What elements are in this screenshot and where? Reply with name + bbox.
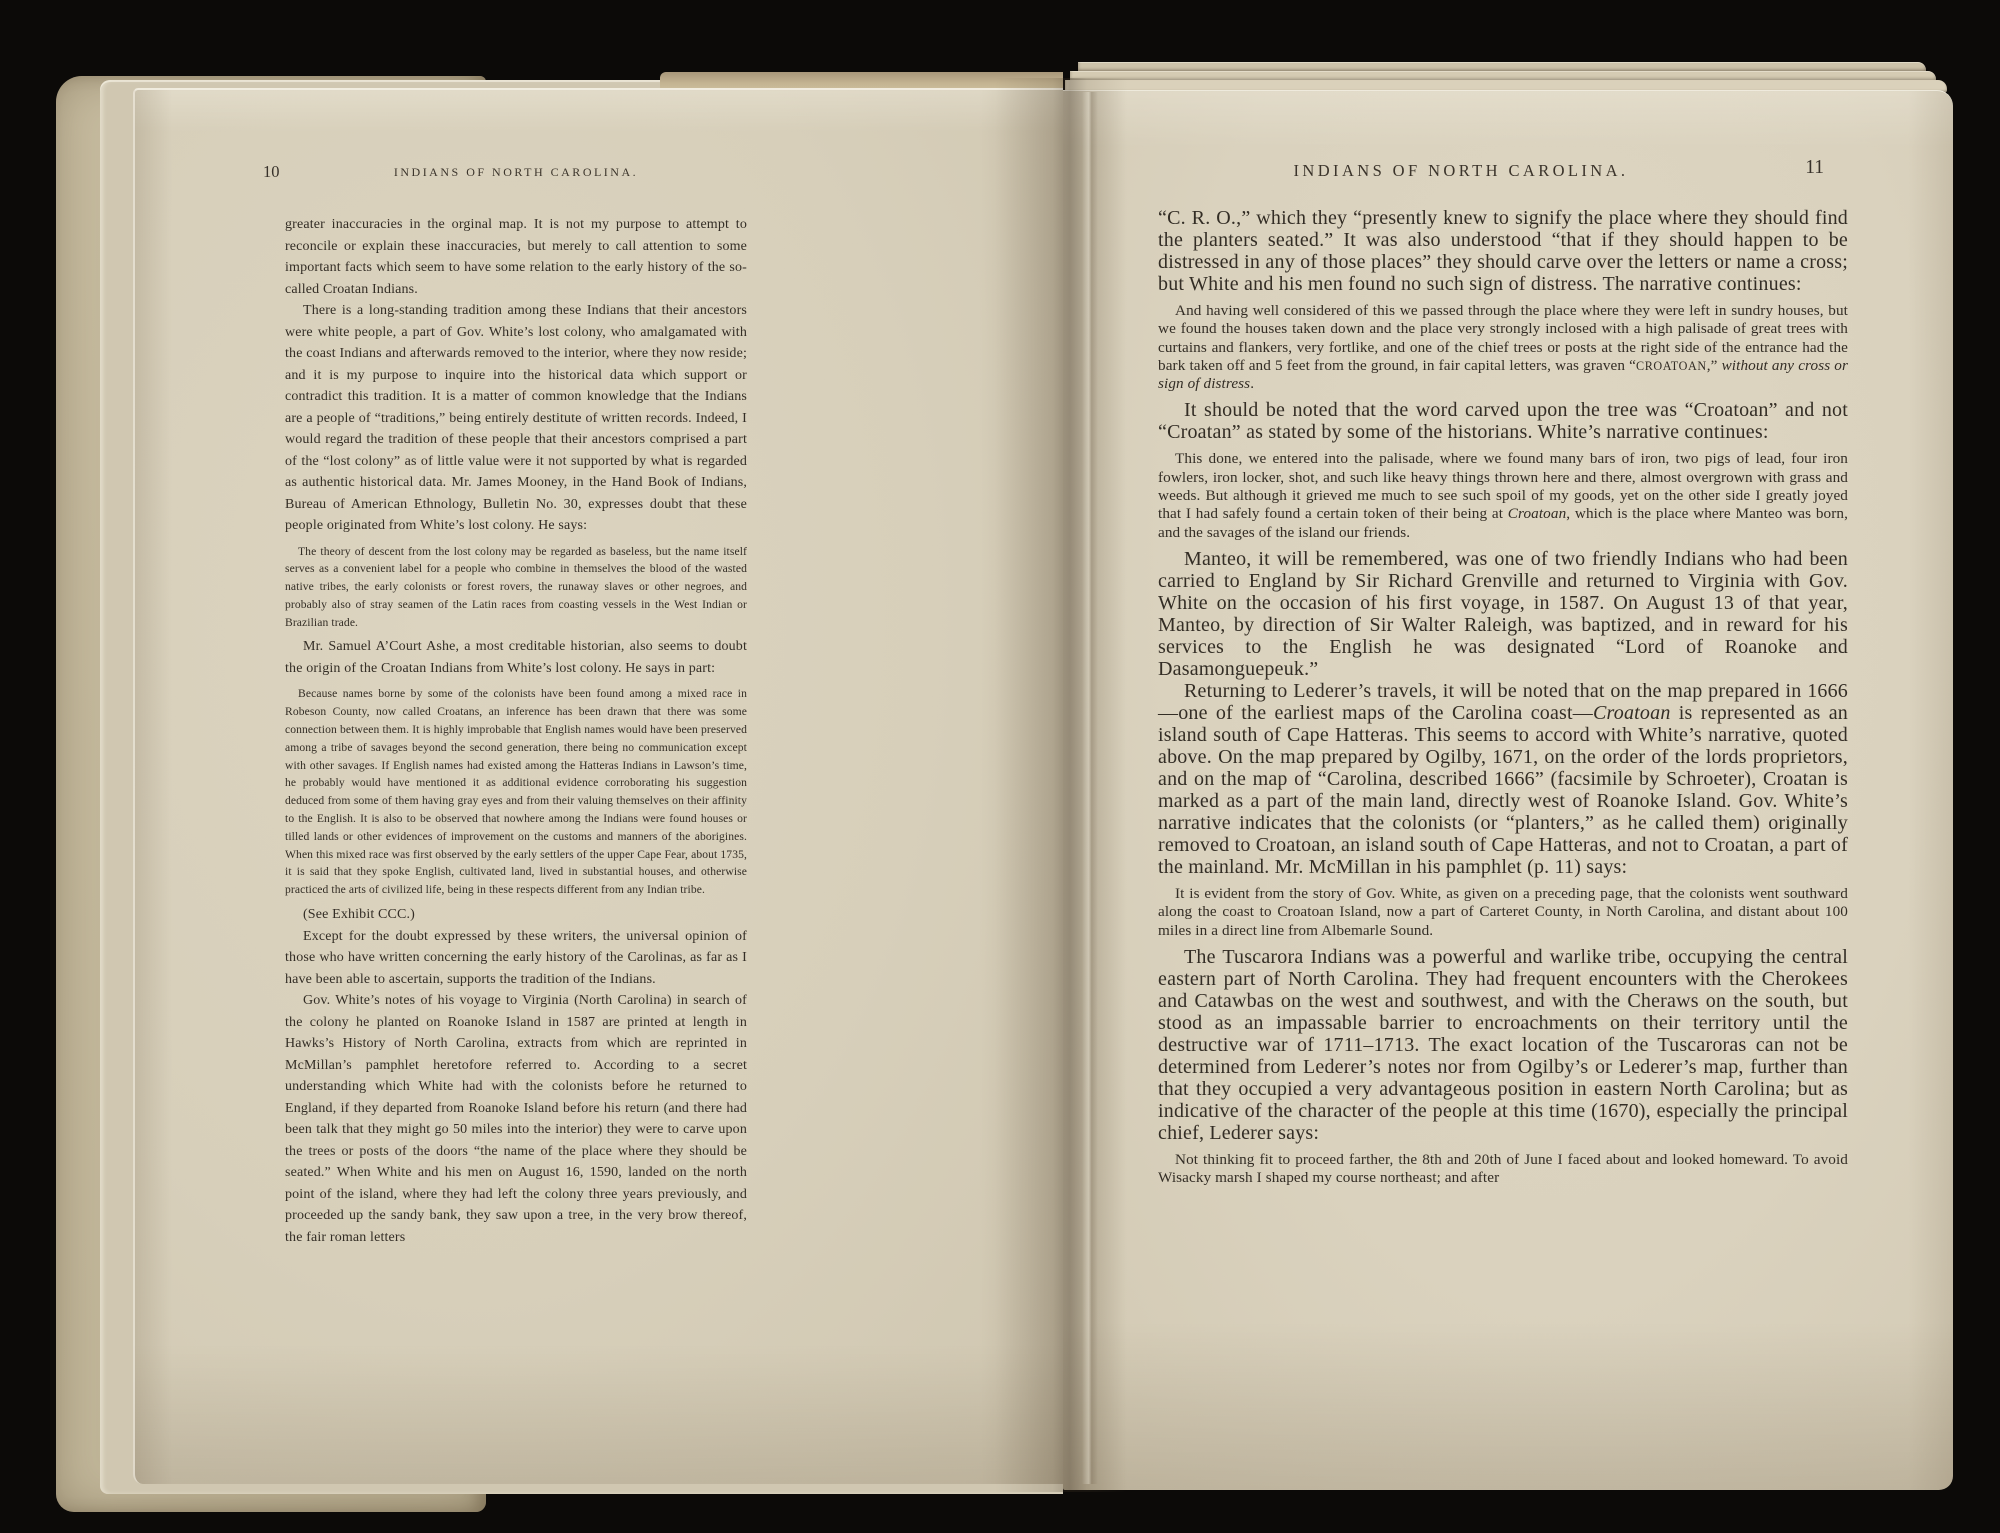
paragraph: Manteo, it will be remembered, was one o… bbox=[1158, 548, 1848, 680]
blockquote: This done, we entered into the palisade,… bbox=[1158, 450, 1848, 541]
text-segment: There is a long-standing tradition among… bbox=[285, 303, 747, 533]
paragraph: greater inaccuracies in the orginal map.… bbox=[285, 214, 747, 300]
blockquote: It is evident from the story of Gov. Whi… bbox=[1158, 885, 1848, 940]
page-right: INDIANS OF NORTH CAROLINA. 11 “C. R. O.,… bbox=[1063, 90, 1953, 1490]
page-right-header: INDIANS OF NORTH CAROLINA. 11 bbox=[1158, 153, 1848, 187]
page-left: 10 INDIANS OF NORTH CAROLINA. greater in… bbox=[133, 88, 1063, 1484]
page-left-header: 10 INDIANS OF NORTH CAROLINA. bbox=[285, 154, 747, 188]
page-left-text: greater inaccuracies in the orginal map.… bbox=[285, 214, 747, 1248]
text-segment: Croatoan bbox=[1508, 505, 1566, 522]
blockquote: And having well considered of this we pa… bbox=[1158, 302, 1848, 393]
paragraph: Gov. White’s notes of his voyage to Virg… bbox=[285, 990, 747, 1248]
text-segment: It is evident from the story of Gov. Whi… bbox=[1158, 885, 1848, 939]
paragraph: Returning to Lederer’s travels, it will … bbox=[1158, 680, 1848, 878]
paragraph: The Tuscarora Indians was a powerful and… bbox=[1158, 946, 1848, 1144]
paragraph: Mr. Samuel A’Court Ashe, a most creditab… bbox=[285, 636, 747, 679]
text-segment: (See Exhibit CCC.) bbox=[303, 907, 415, 922]
running-header: INDIANS OF NORTH CAROLINA. bbox=[1116, 153, 1806, 181]
text-segment: Because names borne by some of the colon… bbox=[285, 687, 747, 896]
text-segment: Not thinking fit to proceed farther, the… bbox=[1158, 1151, 1848, 1186]
text-segment: “C. R. O.,” which they “presently knew t… bbox=[1158, 207, 1848, 295]
text-segment: greater inaccuracies in the orginal map.… bbox=[285, 217, 747, 297]
paragraph: Except for the doubt expressed by these … bbox=[285, 926, 747, 991]
text-segment: croatoan bbox=[1636, 359, 1707, 373]
text-segment: Gov. White’s notes of his voyage to Virg… bbox=[285, 993, 747, 1245]
paragraph: It should be noted that the word carved … bbox=[1158, 399, 1848, 443]
text-segment: . bbox=[1250, 375, 1254, 392]
paragraph: (See Exhibit CCC.) bbox=[285, 904, 747, 926]
text-segment: Except for the doubt expressed by these … bbox=[285, 929, 747, 987]
text-segment: Manteo, it will be remembered, was one o… bbox=[1158, 548, 1848, 680]
text-segment: Croatoan bbox=[1593, 702, 1671, 724]
blockquote: Not thinking fit to proceed farther, the… bbox=[1158, 1151, 1848, 1188]
blockquote: The theory of descent from the lost colo… bbox=[285, 543, 747, 632]
text-segment: Mr. Samuel A’Court Ashe, a most creditab… bbox=[285, 639, 747, 676]
page-right-text: “C. R. O.,” which they “presently knew t… bbox=[1158, 207, 1848, 1193]
blockquote: Because names borne by some of the colon… bbox=[285, 685, 747, 899]
text-segment: is represented as an island south of Cap… bbox=[1158, 702, 1848, 878]
paragraph: There is a long-standing tradition among… bbox=[285, 300, 747, 537]
book-spread-photo: 10 INDIANS OF NORTH CAROLINA. greater in… bbox=[0, 0, 2000, 1533]
text-segment: It should be noted that the word carved … bbox=[1158, 399, 1848, 443]
text-segment: ,” bbox=[1707, 357, 1722, 374]
running-header: INDIANS OF NORTH CAROLINA. bbox=[285, 154, 747, 180]
text-segment: The Tuscarora Indians was a powerful and… bbox=[1158, 946, 1848, 1144]
page-number: 11 bbox=[1805, 157, 1824, 179]
page-number: 10 bbox=[263, 162, 280, 182]
paragraph: “C. R. O.,” which they “presently knew t… bbox=[1158, 207, 1848, 295]
text-segment: The theory of descent from the lost colo… bbox=[285, 545, 747, 629]
